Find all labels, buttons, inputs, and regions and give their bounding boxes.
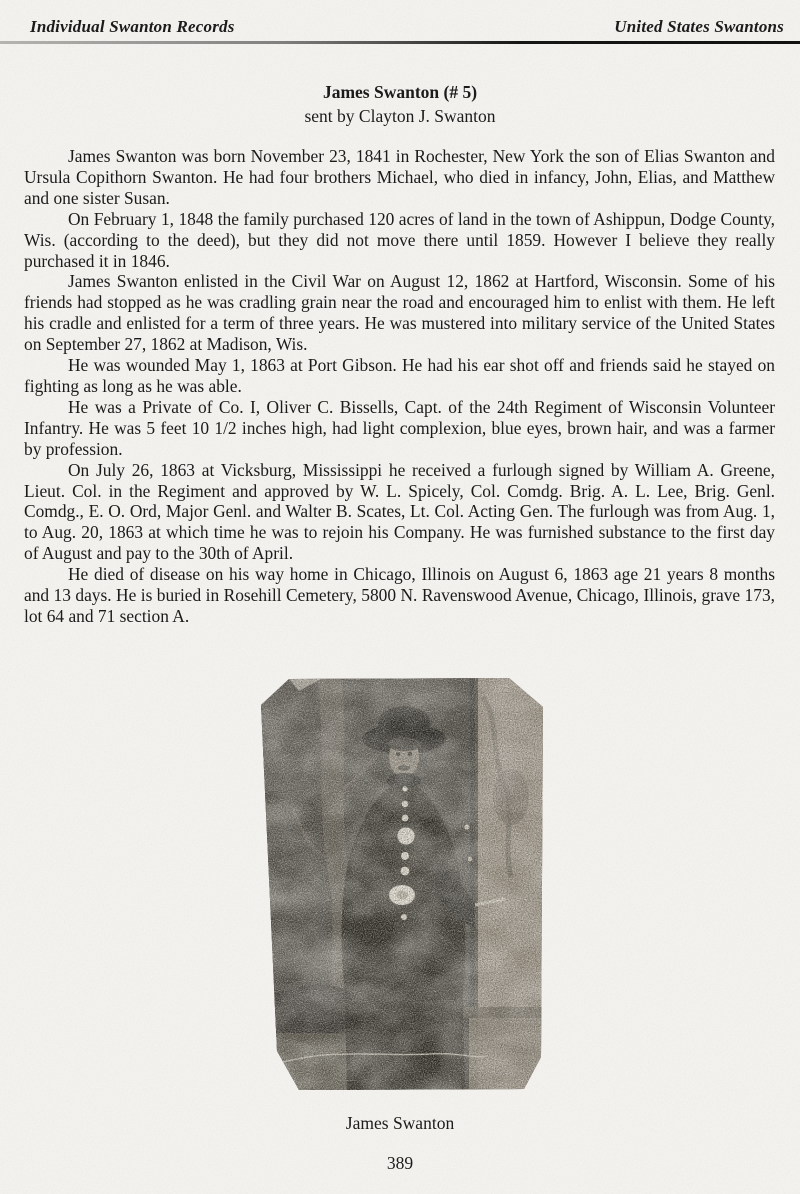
paragraph-furlough: On July 26, 1863 at Vicksburg, Mississip… — [24, 460, 775, 565]
title-block: James Swanton (# 5) sent by Clayton J. S… — [0, 82, 800, 127]
scanned-page: { "page": { "header": { "left": "Individ… — [0, 0, 800, 1194]
paragraph-enlisted: James Swanton enlisted in the Civil War … — [24, 271, 775, 355]
header-right: United States Swantons — [614, 17, 784, 37]
paragraph-death: He died of disease on his way home in Ch… — [24, 564, 775, 627]
paragraph-wounded: He was wounded May 1, 1863 at Port Gibso… — [24, 355, 775, 397]
soldier-photo — [259, 677, 546, 1094]
page-subtitle: sent by Clayton J. Swanton — [0, 106, 800, 127]
photo-image — [259, 677, 546, 1094]
header-rule — [0, 41, 800, 44]
paragraph-birth: James Swanton was born November 23, 1841… — [24, 146, 775, 209]
page-number: 389 — [0, 1153, 800, 1174]
record-text: James Swanton was born November 23, 1841… — [24, 146, 775, 627]
paragraph-land: On February 1, 1848 the family purchased… — [24, 209, 775, 272]
paragraph-private: He was a Private of Co. I, Oliver C. Bis… — [24, 397, 775, 460]
page-title: James Swanton (# 5) — [0, 82, 800, 103]
header-left: Individual Swanton Records — [30, 17, 235, 37]
photo-caption: James Swanton — [0, 1113, 800, 1134]
